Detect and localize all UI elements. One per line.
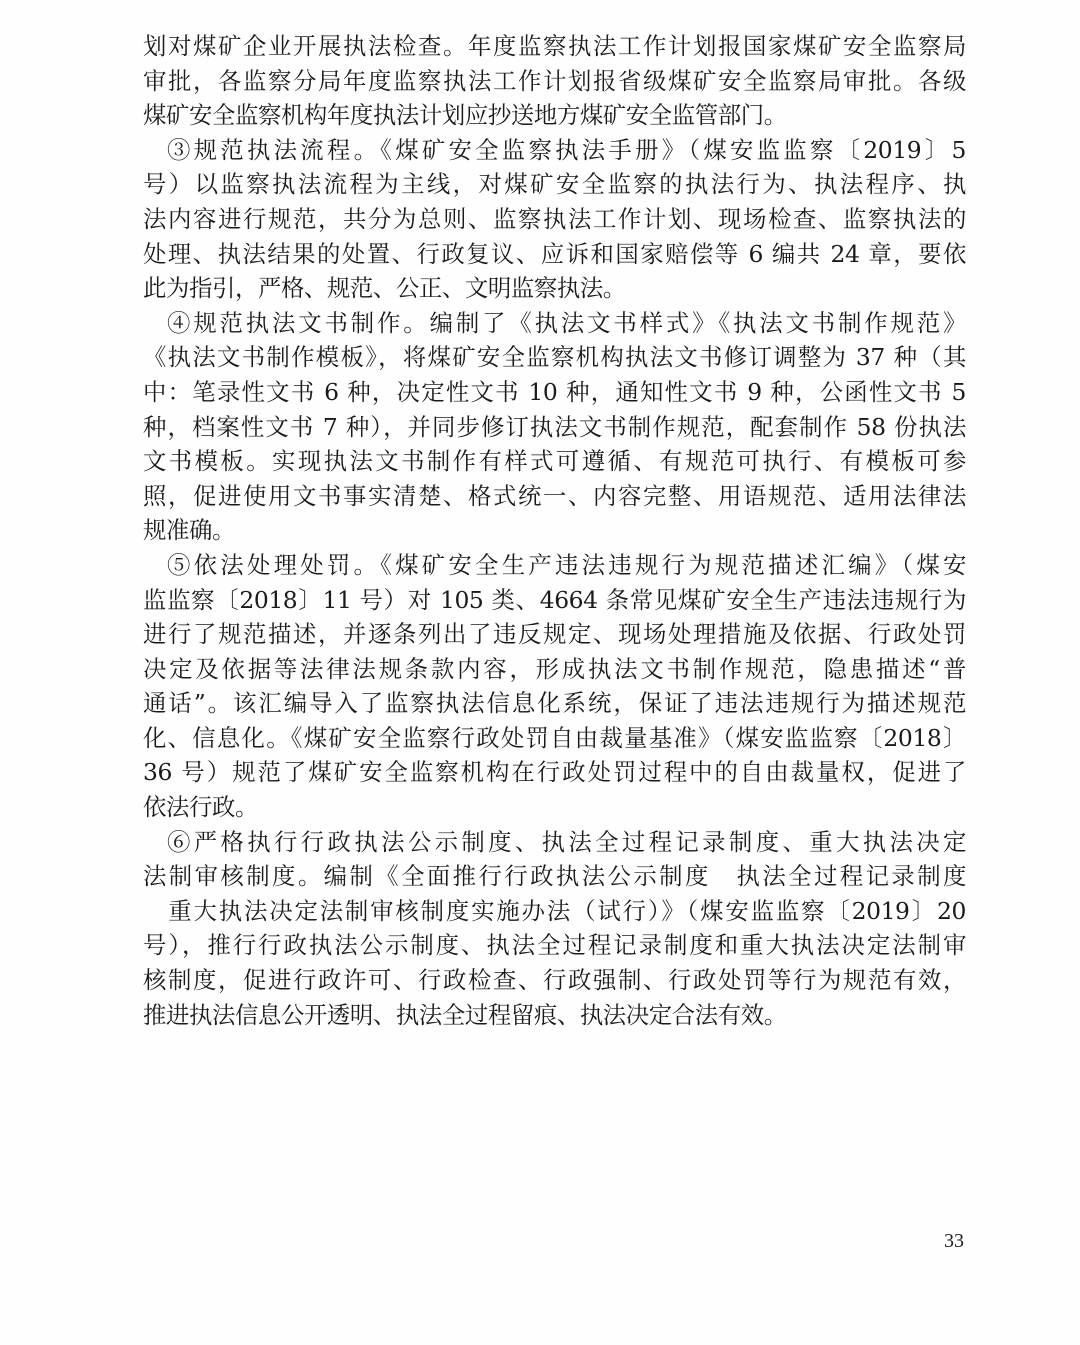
text-line: 划对煤矿企业开展执法检查。年度监察执法工作计划报国家煤矿安全监察局 — [143, 29, 966, 64]
text-line: 照，促进使用文书事实清楚、格式统一、内容完整、用语规范、适用法律法 — [143, 479, 966, 514]
text-line: 文书模板。实现执法文书制作有样式可遵循、有规范可执行、有模板可参 — [143, 444, 966, 479]
text-line: 煤矿安全监察机构年度执法计划应抄送地方煤矿安全监管部门。 — [143, 98, 966, 133]
text-line: ⑥严格执行行政执法公示制度、执法全过程记录制度、重大执法决定 — [143, 825, 966, 860]
text-line: 重大执法决定法制审核制度实施办法（试行）》（煤安监监察〔2019〕20 — [143, 894, 966, 929]
page-number: 33 — [944, 1230, 964, 1253]
text-line: 《执法文书制作模板》，将煤矿安全监察机构执法文书修订调整为 37 种（其 — [143, 340, 966, 375]
text-line: ⑤依法处理处罚。《煤矿安全生产违法违规行为规范描述汇编》（煤安 — [143, 548, 966, 583]
text-line: 中：笔录性文书 6 种，决定性文书 10 种，通知性文书 9 种，公函性文书 5 — [143, 375, 966, 410]
text-line: ④规范执法文书制作。编制了《执法文书样式》《执法文书制作规范》 — [143, 306, 966, 341]
text-line: 号），推行行政执法公示制度、执法全过程记录制度和重大执法决定法制审 — [143, 928, 966, 963]
text-line: 号）以监察执法流程为主线，对煤矿安全监察的执法行为、执法程序、执 — [143, 167, 966, 202]
document-page: 划对煤矿企业开展执法检查。年度监察执法工作计划报国家煤矿安全监察局审批，各监察分… — [0, 0, 1080, 1345]
text-line: 依法行政。 — [143, 790, 966, 825]
text-line: ③规范执法流程。《煤矿安全监察执法手册》（煤安监监察〔2019〕5 — [143, 133, 966, 168]
text-line: 种，档案性文书 7 种），并同步修订执法文书制作规范，配套制作 58 份执法 — [143, 410, 966, 445]
text-line: 规准确。 — [143, 513, 966, 548]
text-line: 法内容进行规范，共分为总则、监察执法工作计划、现场检查、监察执法的 — [143, 202, 966, 237]
body-text: 划对煤矿企业开展执法检查。年度监察执法工作计划报国家煤矿安全监察局审批，各监察分… — [143, 29, 966, 1032]
text-line: 化、信息化。《煤矿安全监察行政处罚自由裁量基准》（煤安监监察〔2018〕 — [143, 721, 966, 756]
text-line: 进行了规范描述，并逐条列出了违反规定、现场处理措施及依据、行政处罚 — [143, 617, 966, 652]
text-line: 监监察〔2018〕11 号）对 105 类、4664 条常见煤矿安全生产违法违规… — [143, 583, 966, 618]
text-line: 处理、执法结果的处置、行政复议、应诉和国家赔偿等 6 编共 24 章，要依 — [143, 237, 966, 272]
text-line: 审批，各监察分局年度监察执法工作计划报省级煤矿安全监察局审批。各级 — [143, 64, 966, 99]
text-line: 决定及依据等法律法规条款内容，形成执法文书制作规范，隐患描述“普 — [143, 652, 966, 687]
text-line: 核制度，促进行政许可、行政检查、行政强制、行政处罚等行为规范有效， — [143, 963, 966, 998]
text-line: 36 号）规范了煤矿安全监察机构在行政处罚过程中的自由裁量权，促进了 — [143, 755, 966, 790]
text-line: 此为指引，严格、规范、公正、文明监察执法。 — [143, 271, 966, 306]
text-line: 通话”。该汇编导入了监察执法信息化系统，保证了违法违规行为描述规范 — [143, 686, 966, 721]
text-line: 法制审核制度。编制《全面推行行政执法公示制度 执法全过程记录制度 — [143, 859, 966, 894]
text-line: 推进执法信息公开透明、执法全过程留痕、执法决定合法有效。 — [143, 998, 966, 1033]
